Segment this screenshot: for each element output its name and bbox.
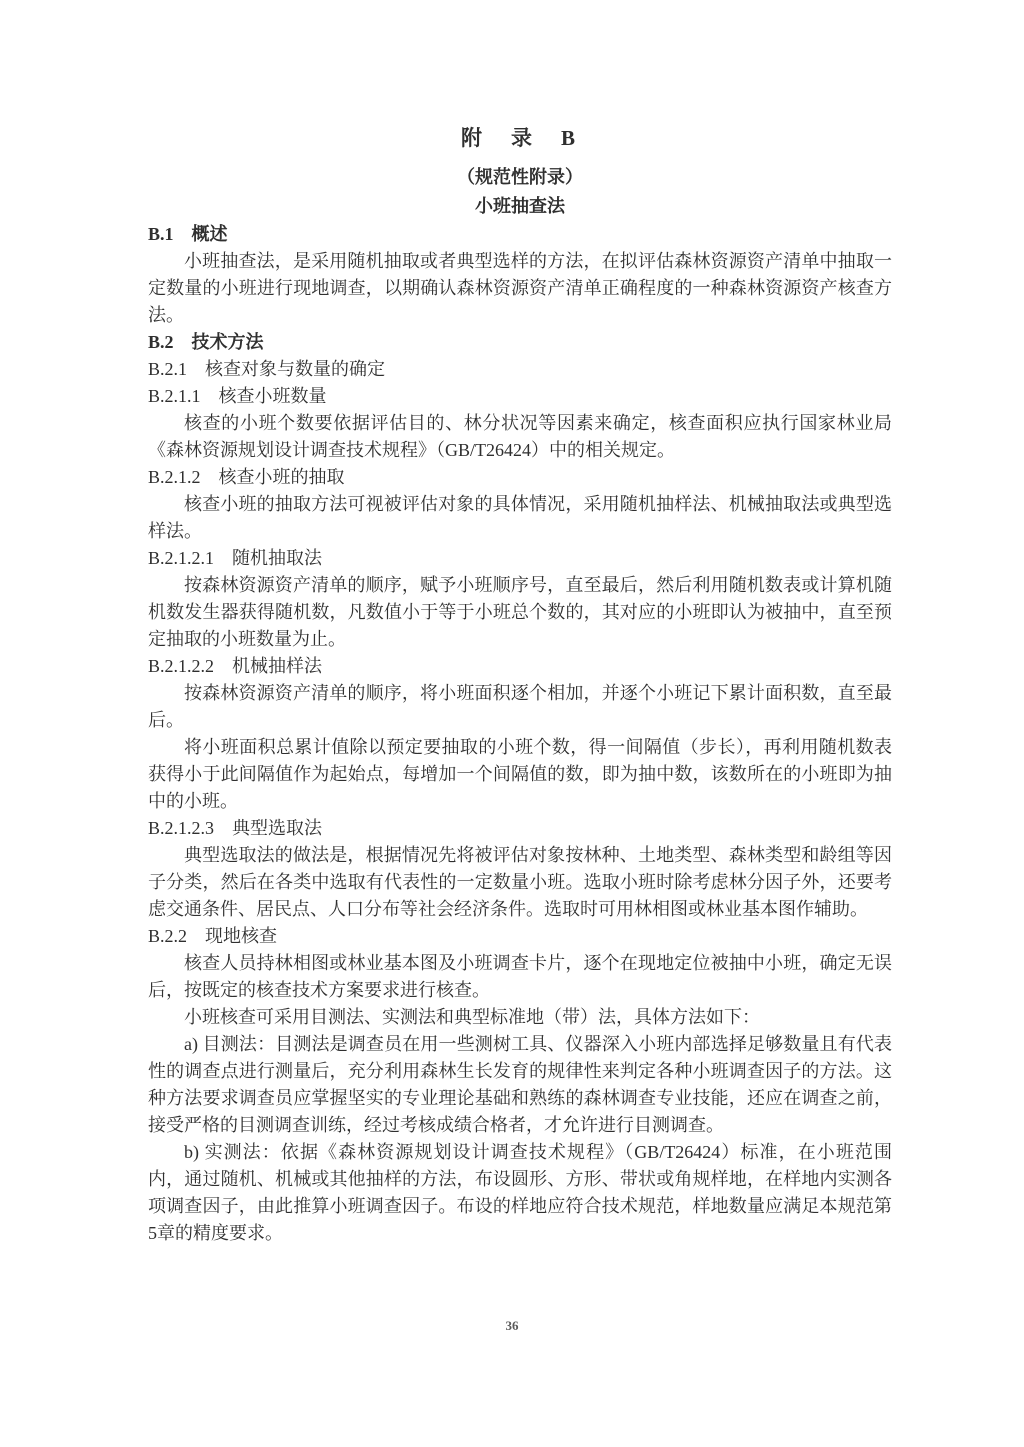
paragraph-overview: 小班抽查法，是采用随机抽取或者典型选样的方法，在拟评估森林资源资产清单中抽取一定… (148, 248, 892, 329)
heading-b2123: B.2.1.2.3 典型选取法 (148, 815, 892, 842)
appendix-title: 附 录 B (148, 124, 892, 152)
paragraph-b2123: 典型选取法的做法是，根据情况先将被评估对象按林种、土地类型、森林类型和龄组等因子… (148, 842, 892, 923)
heading-b2122: B.2.1.2.2 机械抽样法 (148, 653, 892, 680)
paragraph-b212: 核查小班的抽取方法可视被评估对象的具体情况，采用随机抽样法、机械抽取法或典型选样… (148, 491, 892, 545)
paragraph-b2122-1: 按森林资源资产清单的顺序，将小班面积逐个相加，并逐个小班记下累计面积数，直至最后… (148, 680, 892, 734)
paragraph-b22-1: 核查人员持林相图或林业基本图及小班调查卡片，逐个在现地定位被抽中小班，确定无误后… (148, 950, 892, 1004)
paragraph-item-a: a) 目测法：目测法是调查员在用一些测树工具、仪器深入小班内部选择足够数量且有代… (148, 1031, 892, 1139)
paragraph-item-b: b) 实测法：依据《森林资源规划设计调查技术规程》（GB/T26424）标准，在… (148, 1139, 892, 1247)
heading-b21: B.2.1 核查对象与数量的确定 (148, 356, 892, 383)
paragraph-b22-2: 小班核查可采用目测法、实测法和典型标准地（带）法，具体方法如下： (148, 1004, 892, 1031)
heading-b1: B.1 概述 (148, 221, 892, 248)
appendix-subtitle-normative: （规范性附录） (148, 163, 892, 192)
paragraph-b211: 核查的小班个数要依据评估目的、林分状况等因素来确定，核查面积应执行国家林业局《森… (148, 410, 892, 464)
heading-b2: B.2 技术方法 (148, 329, 892, 356)
document-page: 附 录 B （规范性附录） 小班抽查法 B.1 概述 小班抽查法，是采用随机抽取… (0, 0, 1024, 1447)
paragraph-b2122-2: 将小班面积总累计值除以预定要抽取的小班个数，得一间隔值（步长），再利用随机数表获… (148, 734, 892, 815)
appendix-subtitle-method: 小班抽查法 (148, 192, 892, 221)
heading-b211: B.2.1.1 核查小班数量 (148, 383, 892, 410)
paragraph-b2121: 按森林资源资产清单的顺序，赋予小班顺序号，直至最后，然后利用随机数表或计算机随机… (148, 572, 892, 653)
heading-b212: B.2.1.2 核查小班的抽取 (148, 464, 892, 491)
page-number: 36 (0, 1318, 1024, 1334)
document-content: 附 录 B （规范性附录） 小班抽查法 B.1 概述 小班抽查法，是采用随机抽取… (148, 124, 892, 1247)
heading-b2121: B.2.1.2.1 随机抽取法 (148, 545, 892, 572)
heading-b22: B.2.2 现地核查 (148, 923, 892, 950)
